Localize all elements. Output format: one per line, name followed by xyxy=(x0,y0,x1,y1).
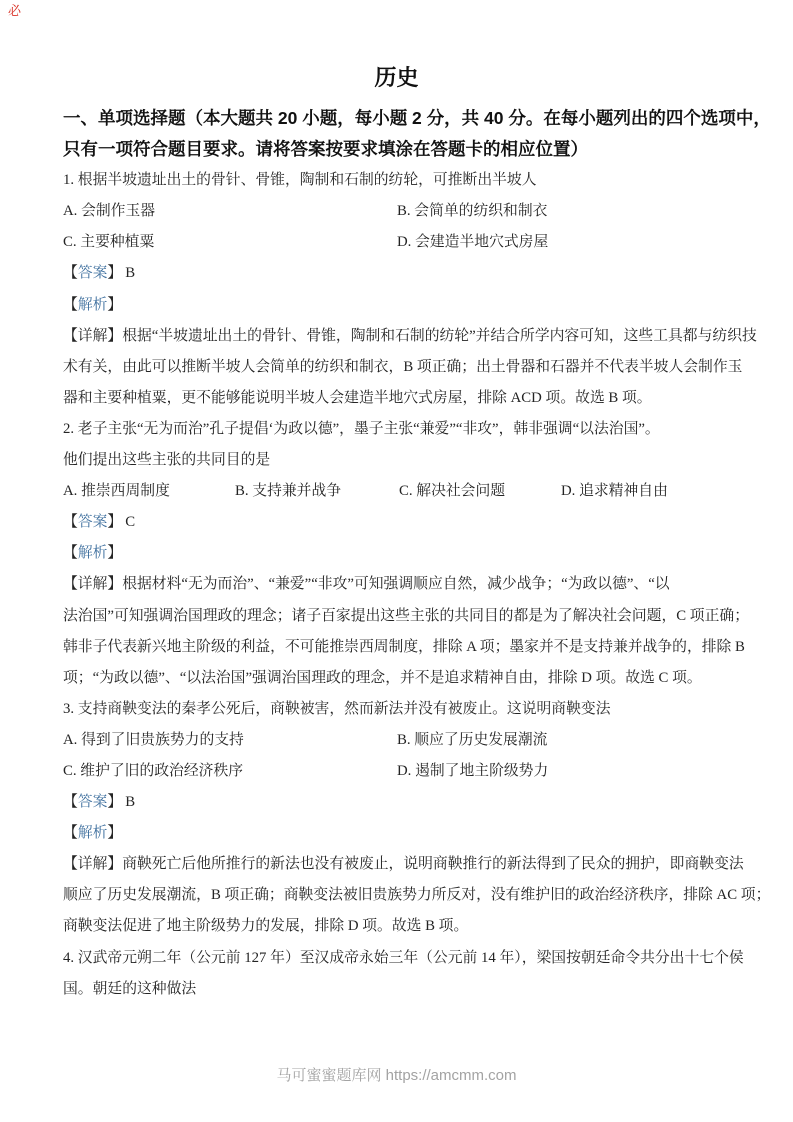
detail-line: 器和主要种植粟，更不能够能说明半坡人会建造半地穴式房屋，排除 ACD 项。故选 … xyxy=(63,383,757,414)
bracket: 】 xyxy=(107,825,122,841)
detail-line: 【详解】商鞅死亡后他所推行的新法也没有被废止，说明商鞅推行的新法得到了民众的拥护… xyxy=(63,849,757,880)
answer-letter: B xyxy=(125,794,135,810)
options-row: C. 维护了旧的政治经济秩序D. 遏制了地主阶级势力 xyxy=(63,756,757,787)
option-item: D. 遏制了地主阶级势力 xyxy=(397,756,548,787)
analysis-row: 【解析】 xyxy=(63,538,757,569)
document-title: 历史 xyxy=(0,62,793,94)
answer-row: 【答案】B xyxy=(63,258,757,289)
answer-letter: C xyxy=(125,514,135,530)
option-item: C. 维护了旧的政治经济秩序 xyxy=(63,756,397,787)
question-stem-line: 他们提出这些主张的共同目的是 xyxy=(63,445,757,476)
options-row: A. 推崇西周制度B. 支持兼并战争C. 解决社会问题D. 追求精神自由 xyxy=(63,476,757,507)
document-page: 必 历史 一、单项选择题（本大题共 20 小题，每小题 2 分，共 40 分。在… xyxy=(0,0,793,1122)
detail-line: 韩非子代表新兴地主阶级的利益，不可能推崇西周制度，排除 A 项；墨家并不是支持兼… xyxy=(63,632,757,663)
analysis-label: 解析 xyxy=(78,825,108,841)
detail-line: 顺应了历史发展潮流，B 项正确；商鞅变法被旧贵族势力所反对，没有维护旧的政治经济… xyxy=(63,880,757,911)
option-item: B. 顺应了历史发展潮流 xyxy=(397,725,547,756)
detail-line: 法治国”可知强调治国理政的理念；诸子百家提出这些主张的共同目的都是为了解决社会问… xyxy=(63,601,757,632)
detail-line: 项；“为政以德”、“以法治国”强调治国理政的理念，并不是追求精神自由，排除 D … xyxy=(63,663,757,694)
analysis-label: 解析 xyxy=(78,297,108,313)
question-stem-line: 4. 汉武帝元朔二年（公元前 127 年）至汉成帝永始三年（公元前 14 年），… xyxy=(63,943,757,974)
option-item: C. 解决社会问题 xyxy=(399,476,561,507)
bracket: 【 xyxy=(63,825,78,841)
detail-line: 术有关，由此可以推断半坡人会简单的纺织和制衣，B 项正确；出土骨器和石器并不代表… xyxy=(63,352,757,383)
corner-stamp-icon: 必 xyxy=(8,4,21,18)
detail-line: 商鞅变法促进了地主阶级势力的发展，排除 D 项。故选 B 项。 xyxy=(63,911,757,942)
detail-line: 【详解】根据“半坡遗址出土的骨针、骨锥，陶制和石制的纺轮”并结合所学内容可知，这… xyxy=(63,321,757,352)
answer-row: 【答案】B xyxy=(63,787,757,818)
option-item: C. 主要种植粟 xyxy=(63,227,397,258)
bracket: 】 xyxy=(107,265,122,281)
section-heading-line: 只有一项符合题目要求。请将答案按要求填涂在答题卡的相应位置） xyxy=(63,134,757,165)
option-item: B. 支持兼并战争 xyxy=(235,476,399,507)
option-item: B. 会简单的纺织和制衣 xyxy=(397,196,547,227)
document-body: 一、单项选择题（本大题共 20 小题，每小题 2 分，共 40 分。在每小题列出… xyxy=(63,103,757,1005)
bracket: 【 xyxy=(63,794,78,810)
question-stem-line: 1. 根据半坡遗址出土的骨针、骨锥，陶制和石制的纺轮，可推断出半坡人 xyxy=(63,165,757,196)
bracket: 】 xyxy=(107,297,122,313)
section-heading-line: 一、单项选择题（本大题共 20 小题，每小题 2 分，共 40 分。在每小题列出… xyxy=(63,103,757,134)
answer-label: 答案 xyxy=(78,514,108,530)
analysis-row: 【解析】 xyxy=(63,818,757,849)
answer-letter: B xyxy=(125,265,135,281)
footer-watermark: 马可蜜蜜题库网 https://amcmm.com xyxy=(0,1066,793,1086)
options-row: A. 得到了旧贵族势力的支持B. 顺应了历史发展潮流 xyxy=(63,725,757,756)
question-stem-line: 3. 支持商鞅变法的秦孝公死后，商鞅被害，然而新法并没有被废止。这说明商鞅变法 xyxy=(63,694,757,725)
options-row: A. 会制作玉器B. 会简单的纺织和制衣 xyxy=(63,196,757,227)
options-row: C. 主要种植粟D. 会建造半地穴式房屋 xyxy=(63,227,757,258)
answer-label: 答案 xyxy=(78,265,108,281)
question-stem-line: 2. 老子主张“无为而治”孔子提倡‘为政以德”，墨子主张“兼爱”“非攻”，韩非强… xyxy=(63,414,757,445)
detail-line: 【详解】根据材料“无为而治”、“兼爱”“非攻”可知强调顺应自然，减少战争；“为政… xyxy=(63,569,757,600)
analysis-label: 解析 xyxy=(78,545,108,561)
option-item: A. 推崇西周制度 xyxy=(63,476,235,507)
answer-row: 【答案】C xyxy=(63,507,757,538)
bracket: 【 xyxy=(63,265,78,281)
bracket: 】 xyxy=(107,794,122,810)
analysis-row: 【解析】 xyxy=(63,290,757,321)
bracket: 】 xyxy=(107,545,122,561)
option-item: D. 追求精神自由 xyxy=(561,476,668,507)
option-item: A. 会制作玉器 xyxy=(63,196,397,227)
bracket: 【 xyxy=(63,545,78,561)
bracket: 【 xyxy=(63,297,78,313)
bracket: 【 xyxy=(63,514,78,530)
bracket: 】 xyxy=(107,514,122,530)
option-item: D. 会建造半地穴式房屋 xyxy=(397,227,548,258)
question-stem-line: 国。朝廷的这种做法 xyxy=(63,974,757,1005)
answer-label: 答案 xyxy=(78,794,108,810)
option-item: A. 得到了旧贵族势力的支持 xyxy=(63,725,397,756)
